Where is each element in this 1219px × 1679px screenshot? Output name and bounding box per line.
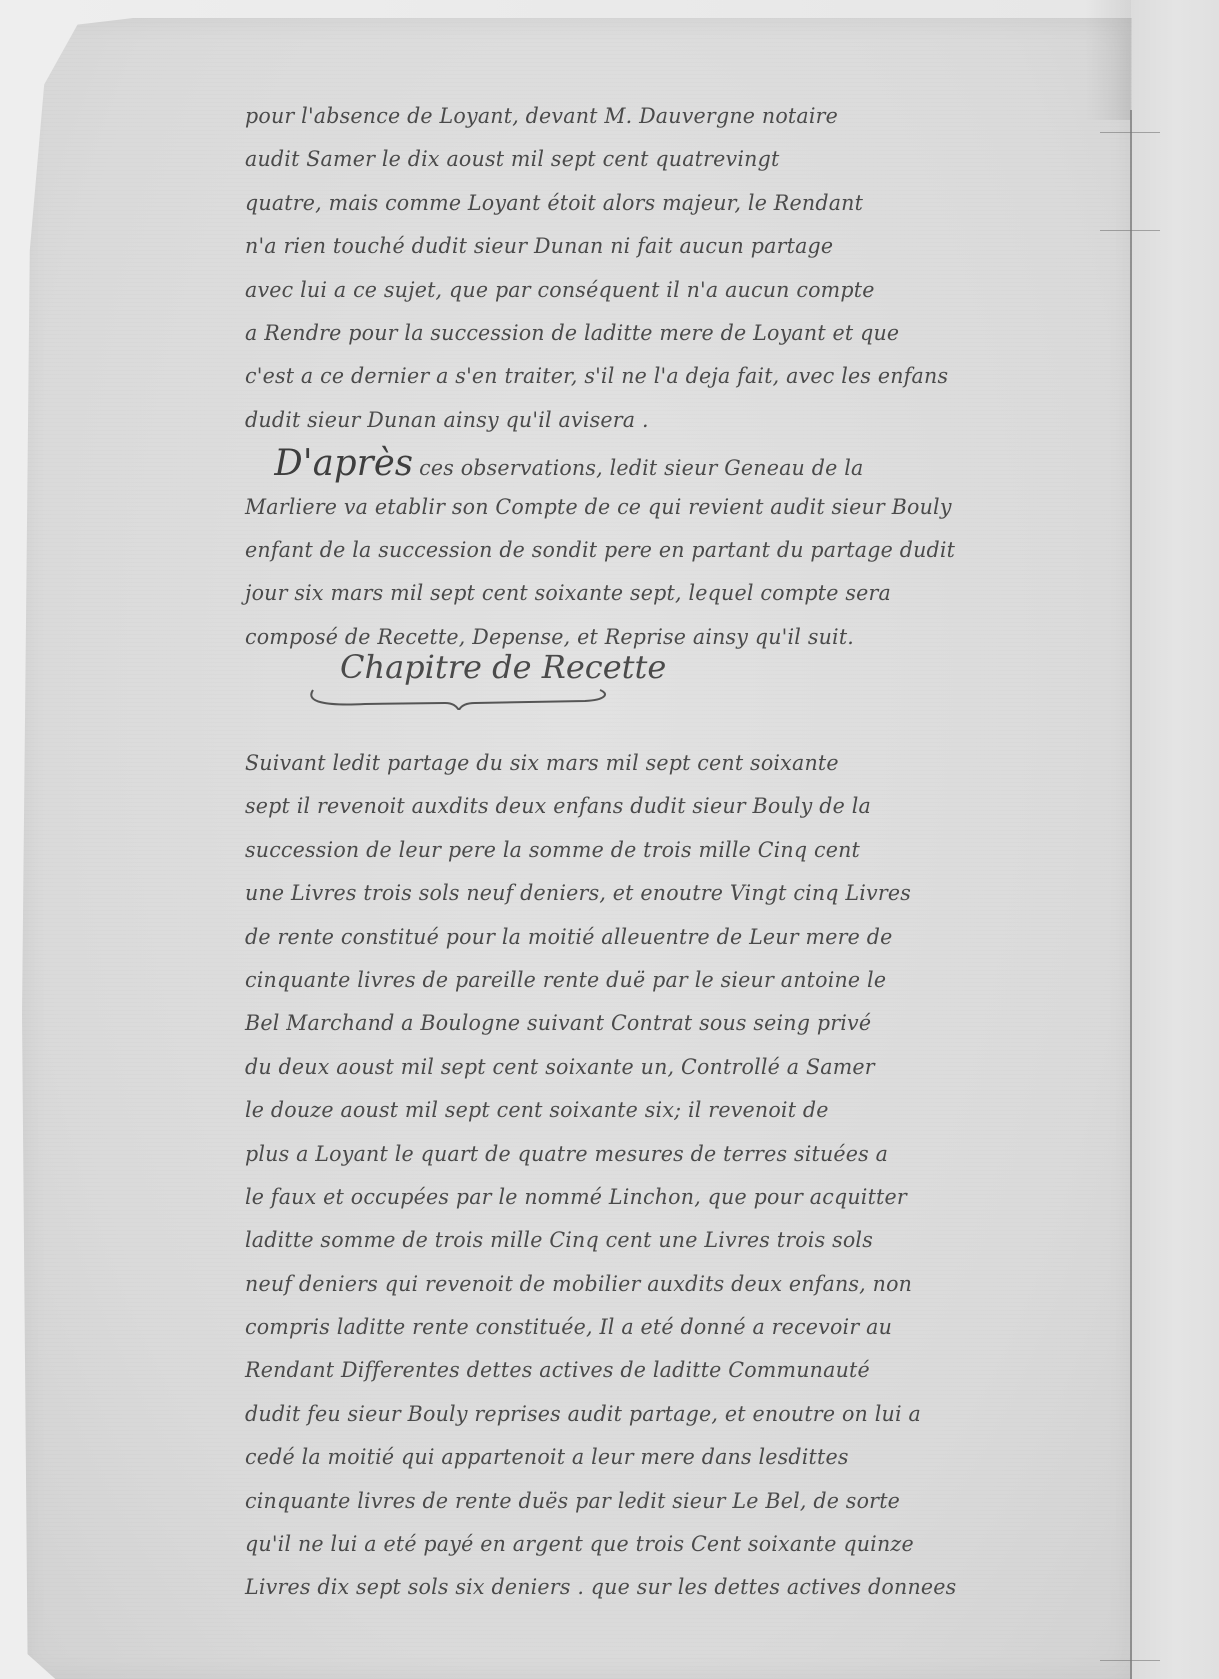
text-line: une Livres trois sols neuf deniers, et e… [245, 872, 1117, 915]
text-line: jour six mars mil sept cent soixante sep… [245, 572, 1117, 615]
text-line: cinquante livres de pareille rente duë p… [245, 959, 1117, 1002]
text-line: avec lui a ce sujet, que par conséquent … [245, 269, 1117, 312]
text-line: n'a rien touché dudit sieur Dunan ni fai… [245, 225, 1117, 268]
text-line: enfant de la succession de sondit pere e… [245, 529, 1117, 572]
text-line: dudit sieur Dunan ainsy qu'il avisera . [245, 399, 1117, 442]
text-line: quatre, mais comme Loyant étoit alors ma… [245, 182, 1117, 225]
text-line: qu'il ne lui a eté payé en argent que tr… [245, 1523, 1117, 1566]
text-line: neuf deniers qui revenoit de mobilier au… [245, 1263, 1117, 1306]
text-line: laditte somme de trois mille Cinq cent u… [245, 1219, 1117, 1262]
text-line: a Rendre pour la succession de laditte m… [245, 312, 1117, 355]
text-line: Bel Marchand a Boulogne suivant Contrat … [245, 1002, 1117, 1045]
text-line: Livres dix sept sols six deniers . que s… [245, 1566, 1117, 1609]
text-line: Marliere va etablir son Compte de ce qui… [245, 486, 1117, 529]
decorative-initial-word: D'après [274, 443, 413, 484]
text-line: dudit feu sieur Bouly reprises audit par… [245, 1393, 1117, 1436]
chapter-heading: Chapitre de Recette [340, 648, 666, 686]
text-line: le douze aoust mil sept cent soixante si… [245, 1089, 1117, 1132]
text-line: succession de leur pere la somme de troi… [245, 829, 1117, 872]
text-line: c'est a ce dernier a s'en traiter, s'il … [245, 355, 1117, 398]
text-line: compris laditte rente constituée, Il a e… [245, 1306, 1117, 1349]
text-line: du deux aoust mil sept cent soixante un,… [245, 1046, 1117, 1089]
text-line: cinquante livres de rente duës par ledit… [245, 1480, 1117, 1523]
text-line: plus a Loyant le quart de quatre mesures… [245, 1133, 1117, 1176]
paragraph-start-line: D'aprèsces observations, ledit sieur Gen… [245, 442, 1117, 485]
chapter-body-text: Suivant ledit partage du six mars mil se… [245, 742, 1135, 1610]
manuscript-text: pour l'absence de Loyant, devant M. Dauv… [245, 95, 1135, 659]
text-line: audit Samer le dix aoust mil sept cent q… [245, 138, 1117, 181]
binding-stitch-mark [1100, 1660, 1160, 1661]
text-line: sept il revenoit auxdits deux enfans dud… [245, 785, 1117, 828]
text-line: de rente constitué pour la moitié alleue… [245, 916, 1117, 959]
text-line: le faux et occupées par le nommé Linchon… [245, 1176, 1117, 1219]
text-line: Rendant Differentes dettes actives de la… [245, 1349, 1117, 1392]
chapter-underline-flourish [305, 688, 610, 710]
text-line: pour l'absence de Loyant, devant M. Dauv… [245, 95, 1117, 138]
adjacent-page-edge [1131, 0, 1219, 1679]
text-line-remainder: ces observations, ledit sieur Geneau de … [419, 456, 863, 480]
text-line: Suivant ledit partage du six mars mil se… [245, 742, 1117, 785]
text-line: cedé la moitié qui appartenoit a leur me… [245, 1436, 1117, 1479]
